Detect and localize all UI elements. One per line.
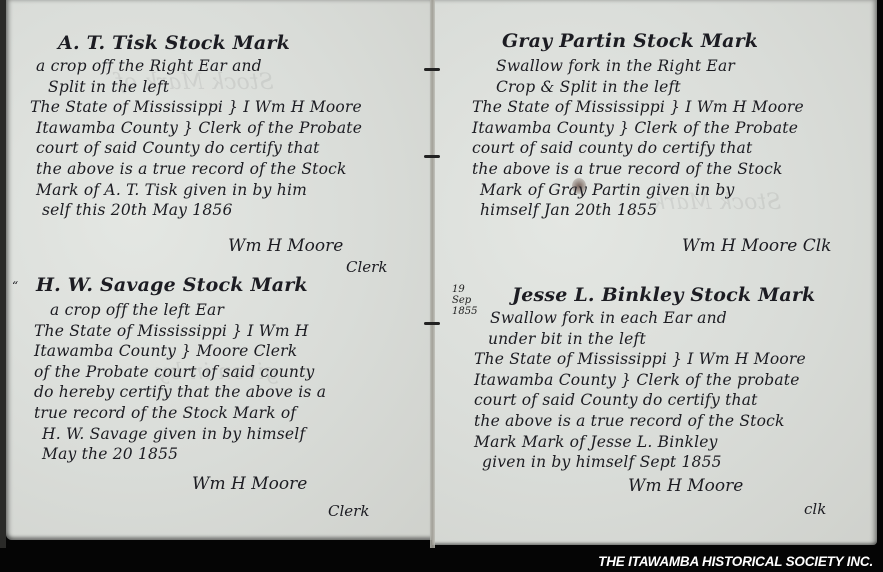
entry-line: under bit in the left (474, 329, 806, 350)
entry-line: Itawamba County } Clerk of the Probate (472, 118, 804, 139)
margin-note-line: 19 (452, 284, 477, 295)
entry-line: Itawamba County } Moore Clerk (34, 341, 326, 362)
entry-line: Swallow fork in the Right Ear (472, 56, 804, 77)
entry-line: the above is a true record of the Stock (36, 159, 362, 180)
entry-line: court of said County do certify that (36, 138, 362, 159)
entry-partin-body: Swallow fork in the Right Ear Crop & Spl… (472, 56, 804, 221)
entry-line: a crop off the Right Ear and (36, 56, 362, 77)
entry-title: Jesse L. Binkley Stock Mark (512, 282, 815, 308)
clerk-title: Clerk (346, 258, 387, 276)
entry-line: Mark Mark of Jesse L. Binkley (474, 432, 806, 453)
archive-caption: THE ITAWAMBA HISTORICAL SOCIETY INC. (598, 554, 873, 569)
entry-line: do hereby certify that the above is a (34, 382, 326, 403)
book-spine (430, 0, 435, 548)
entry-line: self this 20th May 1856 (36, 200, 362, 221)
entry-line: The State of Mississippi } I Wm H (34, 321, 326, 342)
entry-line: Itawamba County } Clerk of the probate (474, 370, 806, 391)
entry-line: The State of Mississippi } I Wm H Moore (30, 97, 362, 118)
entry-line: Mark of A. T. Tisk given in by him (36, 180, 362, 201)
entry-line: Crop & Split in the left (472, 77, 804, 98)
entry-savage-body: a crop off the left Ear The State of Mis… (34, 300, 326, 465)
entry-line: himself Jan 20th 1855 (472, 200, 804, 221)
entry-line: The State of Mississippi } I Wm H Moore (472, 97, 804, 118)
entry-binkley: Jesse L. Binkley Stock Mark (512, 282, 815, 308)
margin-note-line: Sep (452, 295, 477, 306)
entry-line: court of said County do certify that (474, 390, 806, 411)
entry-line: court of said county do certify that (472, 138, 804, 159)
entry-line: a crop off the left Ear (34, 300, 326, 321)
entry-line: the above is a true record of the Stock (472, 159, 804, 180)
binding-stitch (424, 68, 440, 71)
entry-line: Itawamba County } Clerk of the Probate (36, 118, 362, 139)
entry-title: A. T. Tisk Stock Mark (58, 30, 290, 56)
entry-savage: H. W. Savage Stock Mark (36, 272, 308, 298)
clerk-signature: Wm H Moore (628, 476, 743, 496)
entry-title: Gray Partin Stock Mark (502, 28, 758, 54)
entry-line: May the 20 1855 (34, 444, 326, 465)
entry-partin: Gray Partin Stock Mark (502, 28, 758, 54)
entry-line: of the Probate court of said county (34, 362, 326, 383)
entry-line: given in by himself Sept 1855 (474, 452, 806, 473)
entry-line: the above is a true record of the Stock (474, 411, 806, 432)
margin-mark: “ (12, 276, 18, 297)
binding-stitch (424, 322, 440, 325)
entry-line: H. W. Savage given in by himself (34, 424, 326, 445)
clerk-title: clk (804, 500, 826, 518)
entry-tisk-body: a crop off the Right Ear and Split in th… (36, 56, 362, 221)
right-page: Stock Mark Gray Partin Stock Mark Swallo… (432, 0, 877, 545)
entry-line: true record of the Stock Mark of (34, 403, 326, 424)
entry-title: H. W. Savage Stock Mark (36, 272, 308, 298)
clerk-signature: Wm H Moore (192, 474, 307, 494)
entry-tisk: A. T. Tisk Stock Mark (58, 30, 290, 56)
binding-stitch (424, 155, 440, 158)
left-page: Stock Mark of given in by A. T. Tisk Sto… (6, 0, 432, 540)
entry-binkley-body: Swallow fork in each Ear and under bit i… (474, 308, 806, 473)
entry-line: Split in the left (36, 77, 362, 98)
entry-savage-margin: “ (12, 276, 18, 297)
entry-line: Mark of Gray Partin given in by (472, 180, 804, 201)
entry-line: Swallow fork in each Ear and (474, 308, 806, 329)
clerk-title: Clerk (328, 502, 369, 520)
clerk-signature: Wm H Moore Clk (682, 236, 831, 256)
clerk-signature: Wm H Moore (228, 236, 343, 256)
entry-line: The State of Mississippi } I Wm H Moore (474, 349, 806, 370)
ledger-spread: Stock Mark of given in by A. T. Tisk Sto… (0, 0, 883, 548)
